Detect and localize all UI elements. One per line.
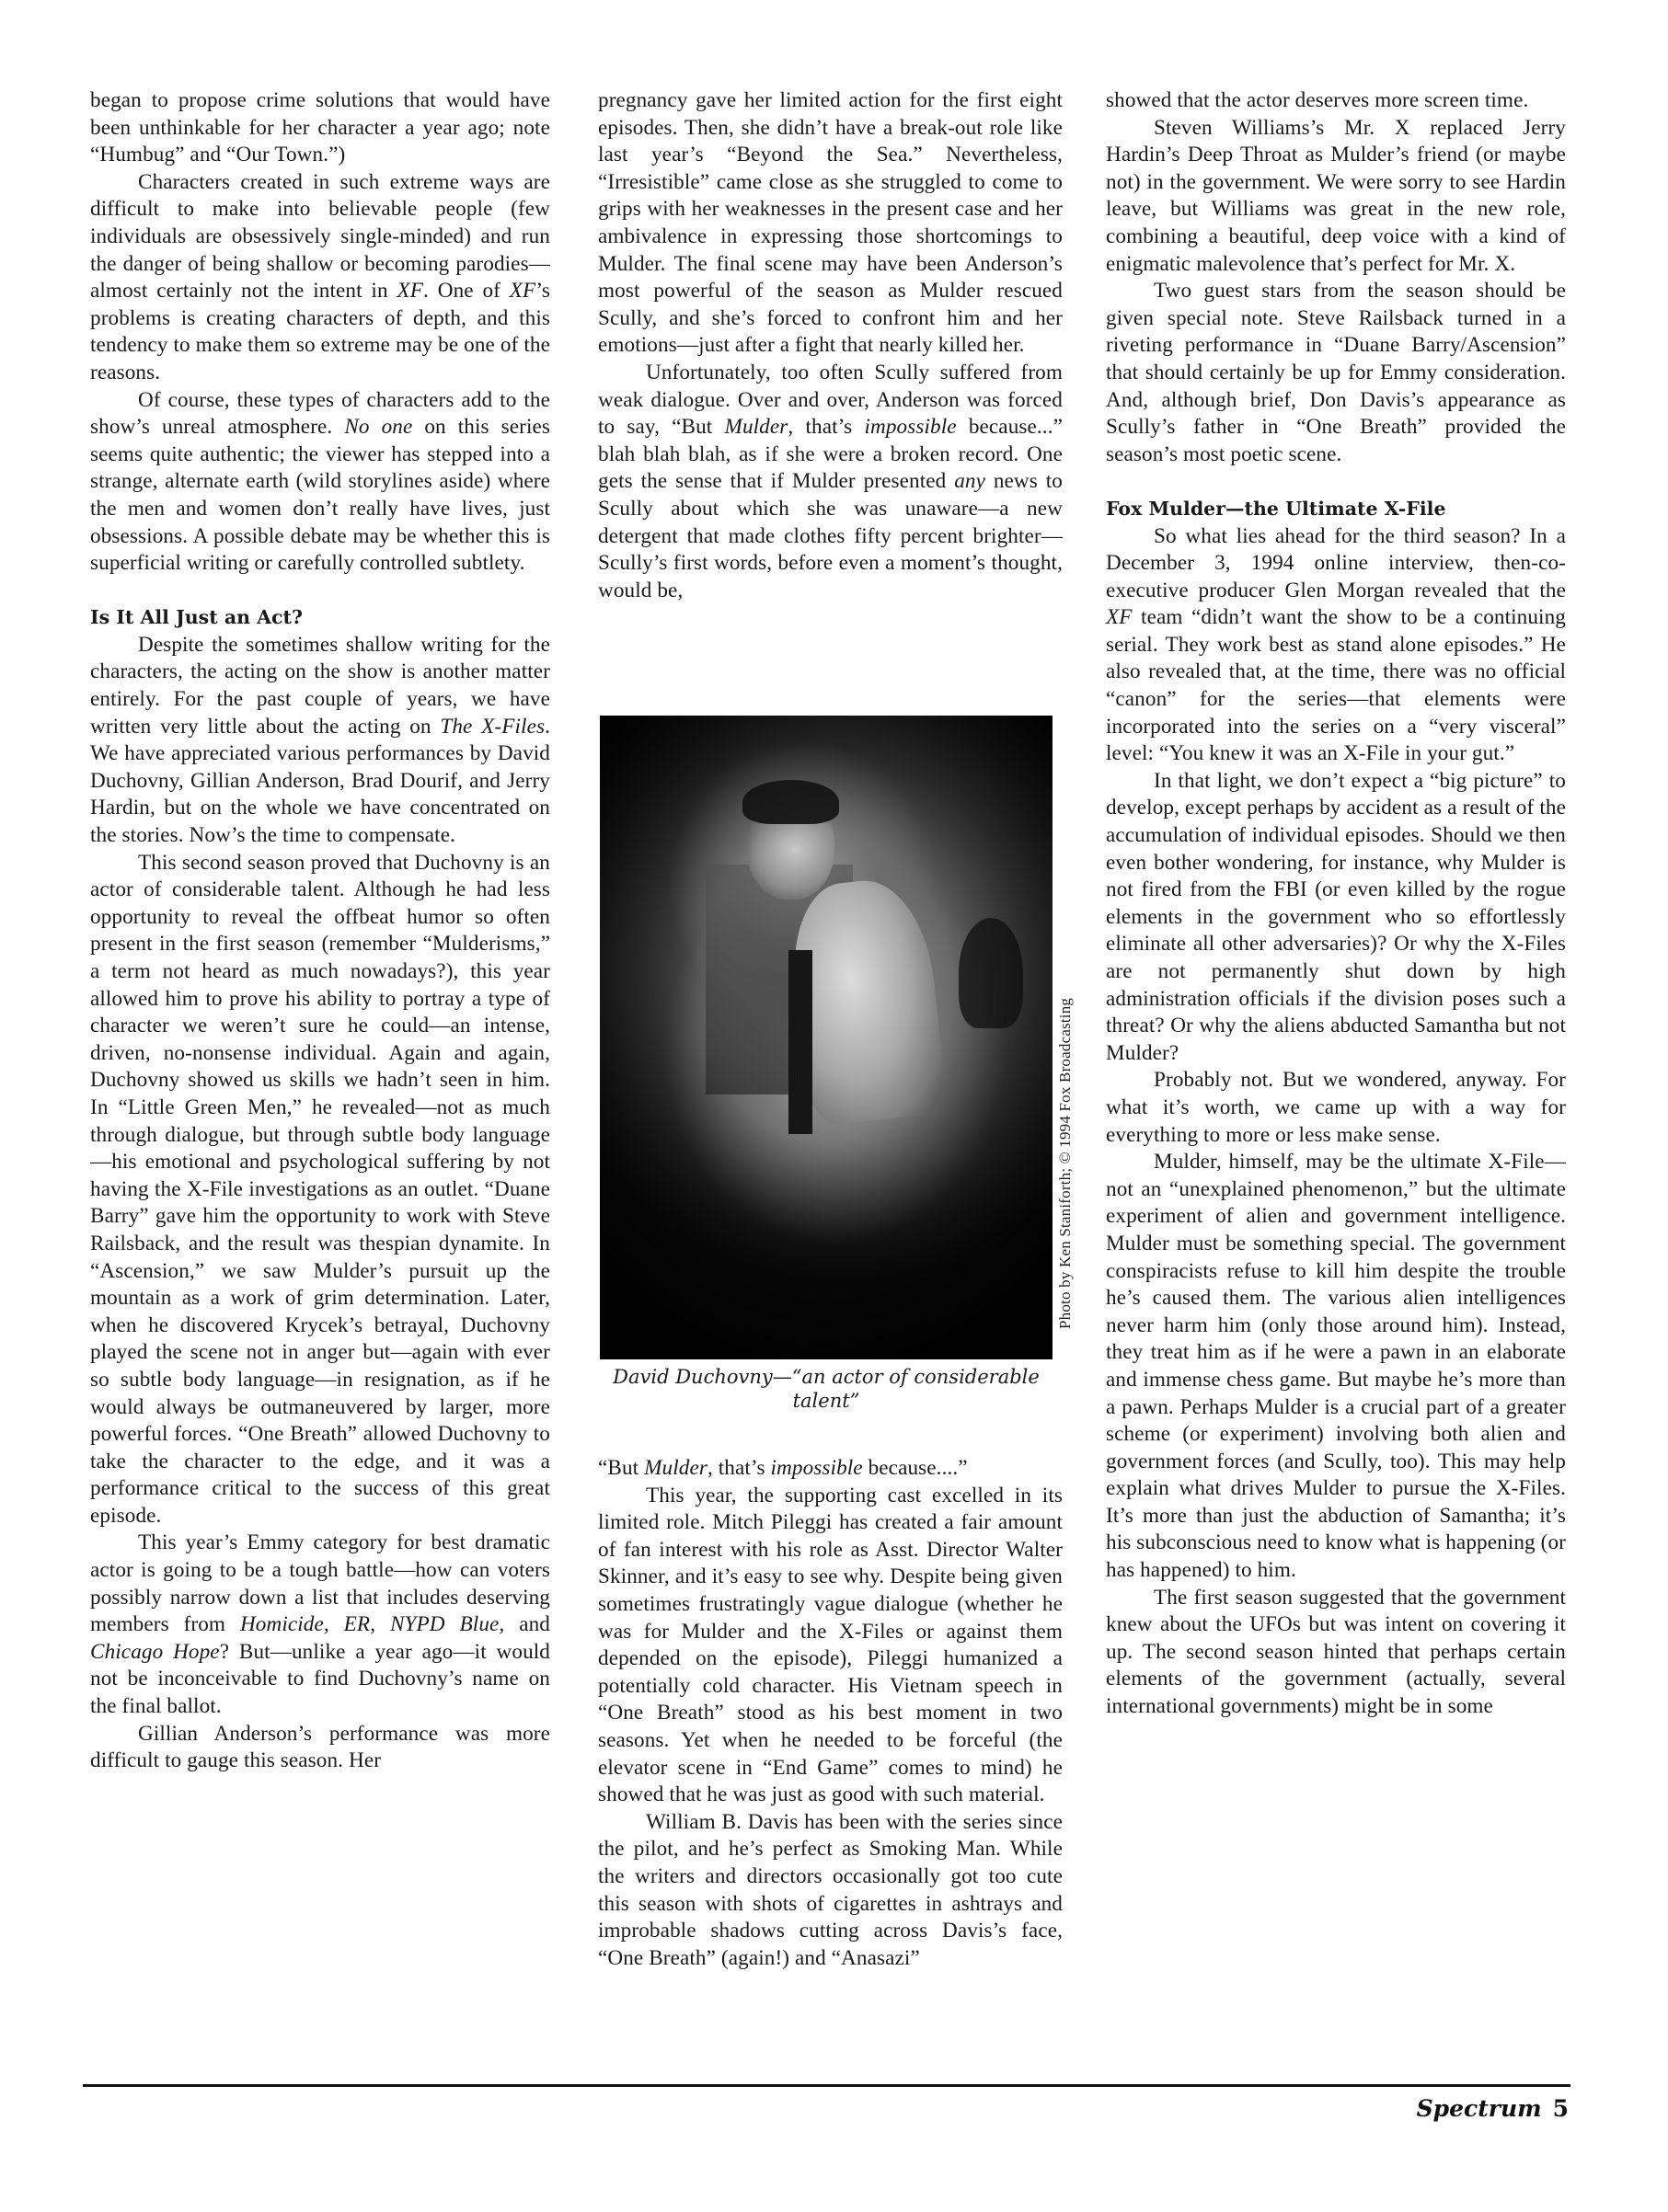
page-footer: Spectrum5 — [1417, 2095, 1569, 2122]
photo-figure — [600, 716, 1053, 1359]
paragraph: pregnancy gave her limited action for th… — [598, 87, 1063, 360]
paragraph: Characters created in such extreme ways … — [90, 169, 550, 387]
paragraph: “But Mulder, that’s impossible because..… — [598, 1455, 1063, 1483]
paragraph: Gillian Anderson’s performance was more … — [90, 1721, 550, 1775]
article-column-2-bottom: “But Mulder, that’s impossible because..… — [598, 1455, 1063, 1972]
paragraph: William B. Davis has been with the serie… — [598, 1809, 1063, 1973]
paragraph: began to propose crime solutions that wo… — [90, 87, 550, 169]
paragraph: So what lies ahead for the third season?… — [1106, 523, 1566, 768]
paragraph: Steven Williams’s Mr. X replaced Jerry H… — [1106, 115, 1566, 279]
paragraph: Despite the sometimes shallow writing fo… — [90, 632, 550, 850]
paragraph: Of course, these types of characters add… — [90, 387, 550, 578]
paragraph: This year, the supporting cast excelled … — [598, 1483, 1063, 1809]
paragraph: showed that the actor deserves more scre… — [1106, 87, 1566, 115]
publication-name: Spectrum — [1417, 2095, 1542, 2122]
duchovny-photo — [600, 716, 1053, 1359]
section-heading: Is It All Just an Act? — [90, 604, 550, 632]
photo-caption: David Duchovny—“an actor of considerable… — [600, 1365, 1053, 1413]
article-column-1: began to propose crime solutions that wo… — [90, 87, 550, 1775]
photo-credit-text: Photo by Ken Staniforth; © 1994 Fox Broa… — [1056, 998, 1075, 1329]
footer-rule — [83, 2084, 1570, 2087]
article-column-2-top: pregnancy gave her limited action for th… — [598, 87, 1063, 604]
paragraph: Probably not. But we wondered, anyway. F… — [1106, 1067, 1566, 1149]
paragraph: Mulder, himself, may be the ultimate X-F… — [1106, 1149, 1566, 1585]
page-number: 5 — [1553, 2095, 1569, 2122]
paragraph: Unfortunately, too often Scully suffered… — [598, 360, 1063, 604]
paragraph: The first season suggested that the gove… — [1106, 1585, 1566, 1721]
magazine-page: began to propose crime solutions that wo… — [0, 0, 1668, 2212]
paragraph: Two guest stars from the season should b… — [1106, 278, 1566, 468]
photo-credit: Photo by Ken Staniforth; © 1994 Fox Broa… — [1056, 878, 1076, 1338]
paragraph: This year’s Emmy category for best drama… — [90, 1530, 550, 1720]
paragraph: In that light, we don’t expect a “big pi… — [1106, 768, 1566, 1068]
photo-vignette — [600, 716, 1053, 1359]
paragraph: This second season proved that Duchovny … — [90, 850, 550, 1530]
section-heading: Fox Mulder—the Ultimate X-File — [1106, 496, 1566, 523]
article-column-3: showed that the actor deserves more scre… — [1106, 87, 1566, 1721]
